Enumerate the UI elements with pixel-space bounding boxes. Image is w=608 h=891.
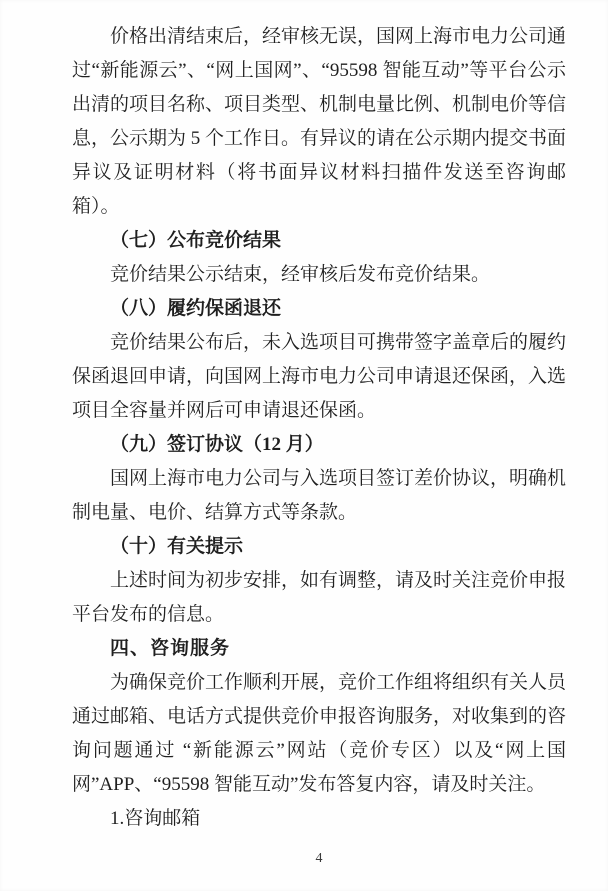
page-number: 4 bbox=[72, 851, 566, 867]
paragraph: 价格出清结束后，经审核无误，国网上海市电力公司通过“新能源云”、“网上国网”、“… bbox=[72, 20, 566, 224]
document-page: 价格出清结束后，经审核无误，国网上海市电力公司通过“新能源云”、“网上国网”、“… bbox=[0, 0, 608, 891]
paragraph: 1.咨询邮箱 bbox=[72, 802, 566, 836]
paragraph: 竞价结果公布后，未入选项目可携带签字盖章后的履约保函退回申请，向国网上海市电力公… bbox=[72, 326, 566, 428]
section-heading: （十）有关提示 bbox=[72, 530, 566, 564]
section-heading: （九）签订协议（12 月） bbox=[72, 428, 566, 462]
section-heading: （七）公布竞价结果 bbox=[72, 224, 566, 258]
paragraph: 竞价结果公示结束，经审核后发布竞价结果。 bbox=[72, 258, 566, 292]
paragraph: 为确保竞价工作顺利开展，竞价工作组将组织有关人员通过邮箱、电话方式提供竞价申报咨… bbox=[72, 666, 566, 802]
paragraph: 国网上海市电力公司与入选项目签订差价协议，明确机制电量、电价、结算方式等条款。 bbox=[72, 462, 566, 530]
document-body: 价格出清结束后，经审核无误，国网上海市电力公司通过“新能源云”、“网上国网”、“… bbox=[72, 20, 566, 836]
section-heading: （八）履约保函退还 bbox=[72, 292, 566, 326]
paragraph: 上述时间为初步安排，如有调整，请及时关注竞价申报平台发布的信息。 bbox=[72, 564, 566, 632]
section-heading: 四、咨询服务 bbox=[72, 632, 566, 666]
